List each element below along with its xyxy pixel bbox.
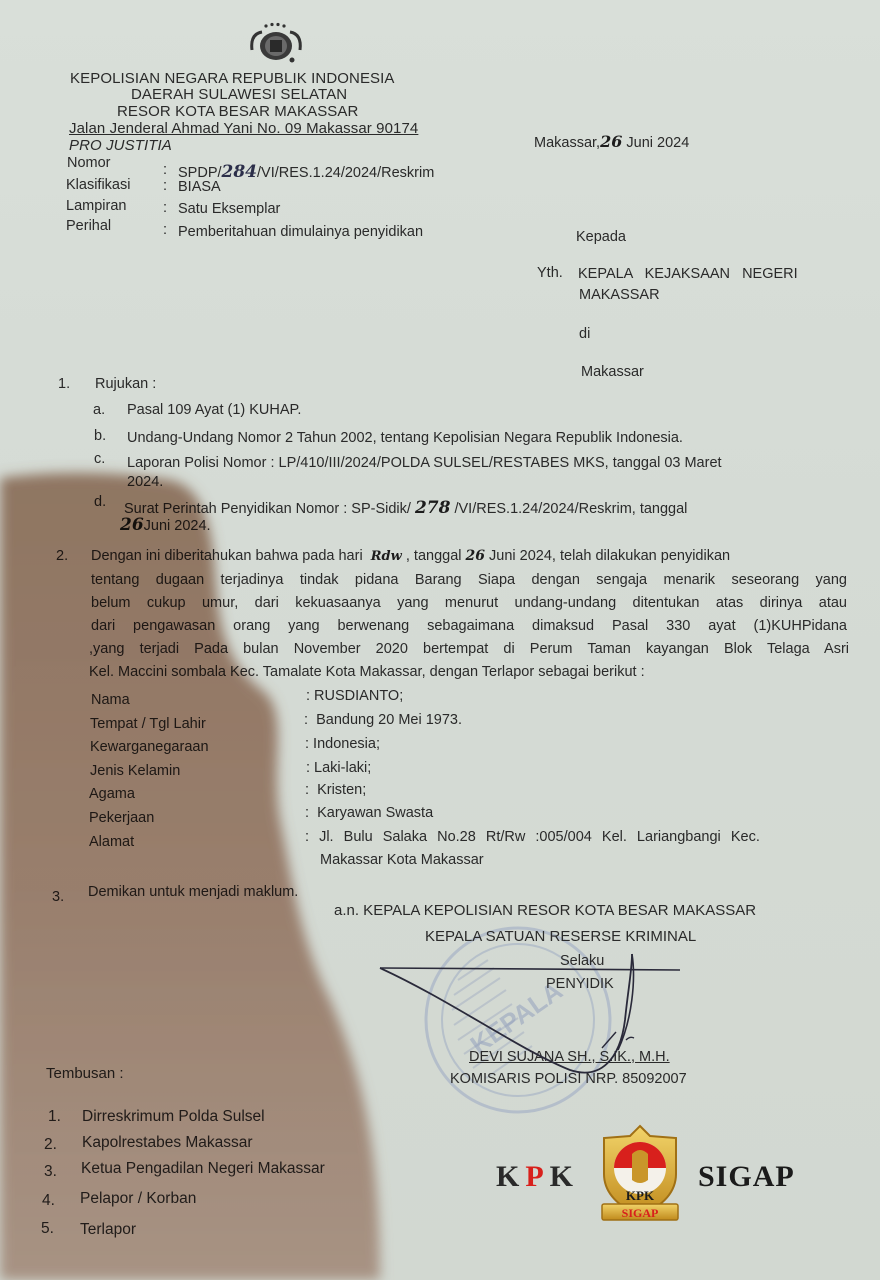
field-lampiran-label: Lampiran	[66, 198, 126, 214]
ref-a-letter: a.	[93, 402, 105, 418]
suspect-value-alamat: : Jl. Bulu Salaka No.28 Rt/Rw :005/004 K…	[305, 829, 760, 845]
document-page: KEPOLISIAN NEGARA REPUBLIK INDONESIA DAE…	[0, 0, 880, 1280]
field-lampiran-value: Satu Eksemplar	[178, 201, 280, 217]
watermark-kpk-text: KPK	[496, 1160, 579, 1194]
watermark-sigap-text: SIGAP	[698, 1160, 795, 1194]
suspect-label-pekerjaan: Pekerjaan	[89, 810, 154, 826]
tembusan-item-4: Pelapor / Korban	[80, 1190, 196, 1208]
field-klasifikasi-sep: :	[163, 178, 167, 194]
field-nomor-label: Nomor	[67, 155, 111, 171]
recipient-kepada: Kepada	[576, 229, 626, 245]
suspect-label-kewarganegaraan: Kewarganegaraan	[90, 739, 209, 755]
recipient-line1: KEPALA KEJAKSAAN NEGERI	[578, 266, 798, 282]
suspect-label-jenis-kelamin: Jenis Kelamin	[90, 763, 180, 779]
suspect-value-kewarganegaraan: : Indonesia;	[305, 736, 380, 752]
handwritten-signature	[370, 940, 700, 1090]
tembusan-item-2-num: 2.	[44, 1136, 57, 1154]
ref-d-letter: d.	[94, 494, 106, 510]
ref-b-text: Undang-Undang Nomor 2 Tahun 2002, tentan…	[127, 430, 683, 446]
item1-number: 1.	[58, 376, 70, 392]
tembusan-item-3-num: 3.	[44, 1163, 57, 1181]
recipient-di: di	[579, 326, 590, 342]
field-perihal-value: Pemberitahuan dimulainya penyidikan	[178, 224, 423, 240]
field-nomor-sep: :	[163, 162, 167, 178]
field-lampiran-sep: :	[163, 200, 167, 216]
kpk-sigap-badge-icon: KPK SIGAP	[592, 1124, 688, 1224]
tembusan-item-5-num: 5.	[41, 1220, 54, 1238]
recipient-yth: Yth.	[537, 265, 563, 281]
item2-line4: dari pengawasan orang yang berwenang seb…	[91, 618, 847, 634]
recipient-line2: MAKASSAR	[579, 287, 660, 303]
item2-line6: Kel. Maccini sombala Kec. Tamalate Kota …	[89, 664, 645, 680]
suspect-value-agama: : Kristen;	[305, 782, 366, 798]
item3-number: 3.	[52, 889, 64, 905]
item2-number: 2.	[56, 548, 68, 564]
place-date: Makassar,26 Juni 2024	[534, 132, 689, 151]
tembusan-item-4-num: 4.	[42, 1192, 55, 1210]
item2-line1: Dengan ini diberitahukan bahwa pada hari…	[91, 548, 730, 564]
tembusan-item-1: Dirreskrimum Polda Sulsel	[82, 1108, 265, 1126]
svg-text:SIGAP: SIGAP	[622, 1206, 659, 1220]
suspect-label-nama: Nama	[91, 692, 130, 708]
item2-line3: belum cukup umur, dari kekuasaanya yang …	[91, 595, 847, 611]
field-klasifikasi-label: Klasifikasi	[66, 177, 130, 193]
suspect-label-agama: Agama	[89, 786, 135, 802]
suspect-value-nama: : RUSDIANTO;	[306, 688, 403, 704]
ref-c-letter: c.	[94, 451, 105, 467]
field-perihal-sep: :	[163, 222, 167, 238]
tembusan-item-1-num: 1.	[48, 1108, 61, 1126]
item2-line2: tentang dugaan terjadinya tindak pidana …	[91, 572, 847, 588]
police-emblem-icon	[244, 22, 308, 66]
item1-title: Rujukan :	[95, 376, 156, 392]
pro-justitia: PRO JUSTITIA	[69, 137, 172, 154]
suspect-label-alamat: Alamat	[89, 834, 134, 850]
suspect-label-ttl: Tempat / Tgl Lahir	[90, 716, 206, 732]
suspect-value-pekerjaan: : Karyawan Swasta	[305, 805, 433, 821]
tembusan-item-5: Terlapor	[80, 1221, 136, 1239]
svg-text:KPK: KPK	[626, 1188, 655, 1203]
suspect-value-jenis-kelamin: : Laki-laki;	[306, 760, 371, 776]
ref-a-text: Pasal 109 Ayat (1) KUHAP.	[127, 402, 301, 418]
field-perihal-label: Perihal	[66, 218, 111, 234]
signature-an: a.n. KEPALA KEPOLISIAN RESOR KOTA BESAR …	[334, 902, 756, 919]
ref-b-letter: b.	[94, 428, 106, 444]
suspect-value-alamat-cont: Makassar Kota Makassar	[320, 852, 484, 868]
letterhead-address: Jalan Jenderal Ahmad Yani No. 09 Makassa…	[69, 120, 418, 137]
letterhead-line2: DAERAH SULAWESI SELATAN	[131, 86, 347, 103]
tembusan-item-2: Kapolrestabes Makassar	[82, 1134, 253, 1152]
ref-d-text-cont: 26Juni 2024.	[120, 515, 211, 535]
suspect-value-ttl: : Bandung 20 Mei 1973.	[304, 712, 462, 728]
tembusan-item-3: Ketua Pengadilan Negeri Makassar	[81, 1160, 325, 1178]
ref-c-text-cont: 2024.	[127, 474, 163, 490]
item2-line5: ,yang terjadi Pada bulan November 2020 b…	[89, 641, 849, 657]
field-klasifikasi-value: BIASA	[178, 179, 221, 195]
letterhead-line1: KEPOLISIAN NEGARA REPUBLIK INDONESIA	[70, 70, 395, 87]
letterhead-line3: RESOR KOTA BESAR MAKASSAR	[117, 103, 358, 120]
ref-c-text: Laporan Polisi Nomor : LP/410/III/2024/P…	[127, 455, 722, 471]
item3-text: Demikan untuk menjadi maklum.	[88, 884, 298, 900]
recipient-city: Makassar	[581, 364, 644, 380]
tembusan-title: Tembusan :	[46, 1065, 124, 1082]
